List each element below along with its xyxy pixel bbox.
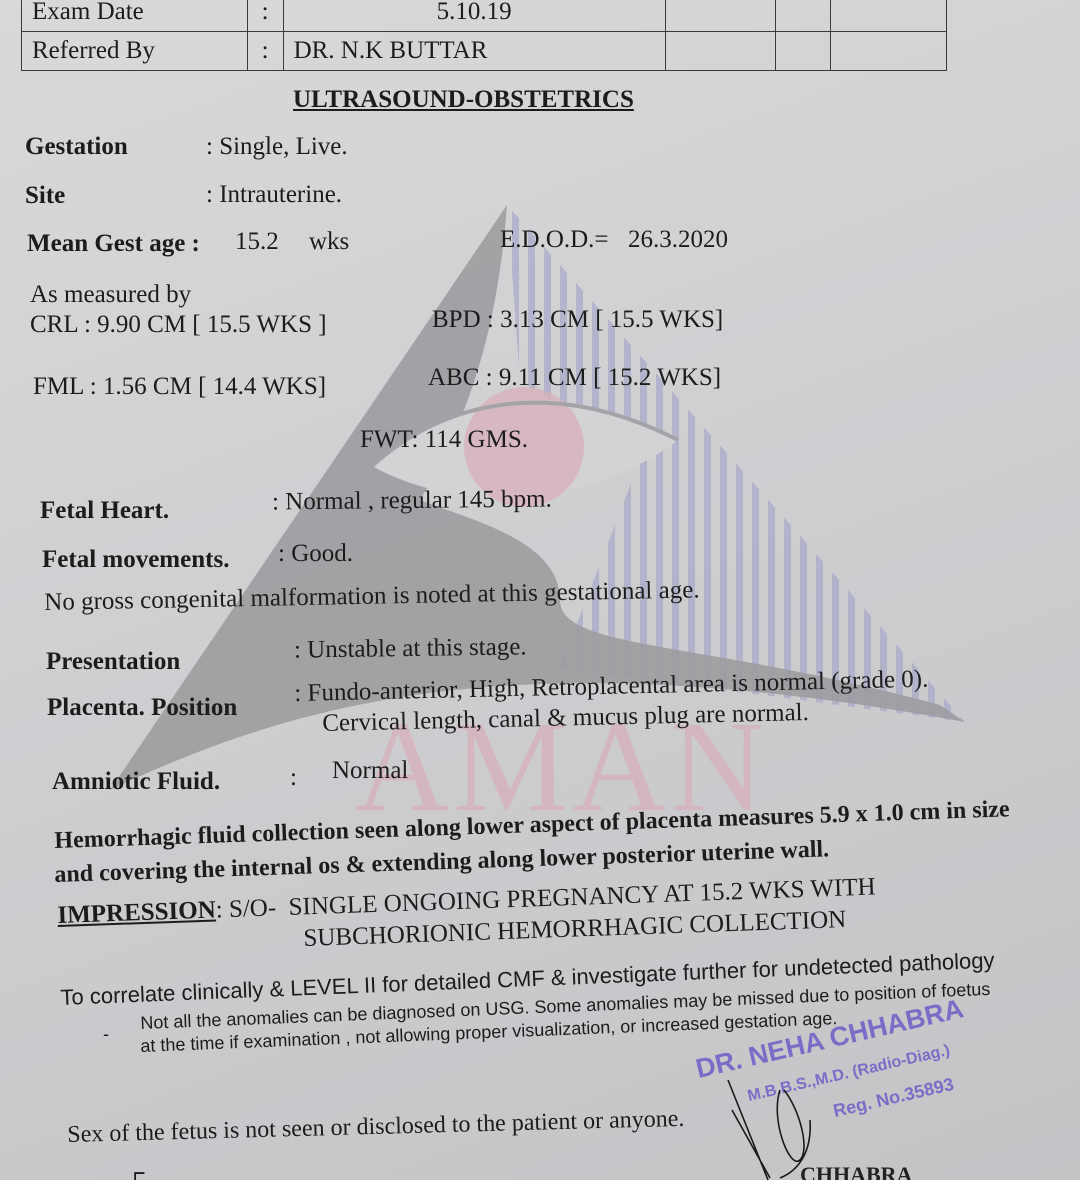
mean-gest-age-value: 15.2 xyxy=(235,228,279,256)
referred-by-value: DR. N.K BUTTAR xyxy=(283,32,665,71)
amniotic-fluid-value: Normal xyxy=(332,757,408,785)
presentation-value: : Unstable at this stage. xyxy=(294,633,527,664)
exam-date-value: 5.10.19 xyxy=(283,0,665,32)
patient-info-table: Exam Date : 5.10.19 Referred By : DR. N.… xyxy=(21,0,947,71)
fetal-heart-value: : Normal , regular 145 bpm. xyxy=(272,486,552,517)
gestation-label: Gestation xyxy=(25,133,128,161)
bpd-measurement: BPD : 3.13 CM [ 15.5 WKS] xyxy=(432,306,723,334)
abc-measurement: ABC : 9.11 CM [ 15.2 WKS] xyxy=(428,364,721,392)
empty-cell xyxy=(665,0,776,32)
fetal-heart-label: Fetal Heart. xyxy=(40,497,169,525)
fml-measurement: FML : 1.56 CM [ 14.4 WKS] xyxy=(33,373,326,401)
colon: : xyxy=(290,764,297,792)
edod-value: 26.3.2020 xyxy=(628,226,728,254)
empty-cell xyxy=(831,32,947,71)
table-row: Exam Date : 5.10.19 xyxy=(22,0,947,32)
fwt-value: FWT: 114 GMS. xyxy=(360,426,528,454)
crl-measurement: CRL : 9.90 CM [ 15.5 WKS ] xyxy=(30,311,327,339)
mean-gest-age-label: Mean Gest age : xyxy=(27,230,200,258)
report-title: ULTRASOUND-OBSTETRICS xyxy=(293,86,634,114)
impression-prefix: : S/O- xyxy=(215,894,276,923)
bullet-dash: - xyxy=(103,1024,109,1045)
amniotic-fluid-label: Amniotic Fluid. xyxy=(52,768,220,796)
table-row: Referred By : DR. N.K BUTTAR xyxy=(22,32,947,71)
signature-name-partial: CHHABRA xyxy=(800,1162,912,1180)
pen-mark: ┌ xyxy=(126,1158,144,1180)
empty-cell xyxy=(776,0,831,32)
fetal-movements-label: Fetal movements. xyxy=(42,546,229,574)
fetal-movements-value: : Good. xyxy=(278,540,353,568)
empty-cell xyxy=(665,32,776,71)
colon: : xyxy=(247,32,283,71)
presentation-label: Presentation xyxy=(46,648,180,676)
placenta-label: Placenta. Position xyxy=(47,694,237,722)
referred-by-label: Referred By xyxy=(22,32,248,71)
gestation-value: : Single, Live. xyxy=(206,133,348,161)
edod-label: E.D.O.D.= xyxy=(500,226,609,254)
site-value: : Intrauterine. xyxy=(206,181,342,209)
measured-by-label: As measured by xyxy=(30,281,191,309)
mean-gest-age-unit: wks xyxy=(309,228,349,256)
impression-label: IMPRESSION xyxy=(57,896,216,929)
empty-cell xyxy=(776,32,831,71)
site-label: Site xyxy=(25,182,65,210)
exam-date-label: Exam Date xyxy=(22,0,248,32)
colon: : xyxy=(247,0,283,32)
empty-cell xyxy=(831,0,947,32)
